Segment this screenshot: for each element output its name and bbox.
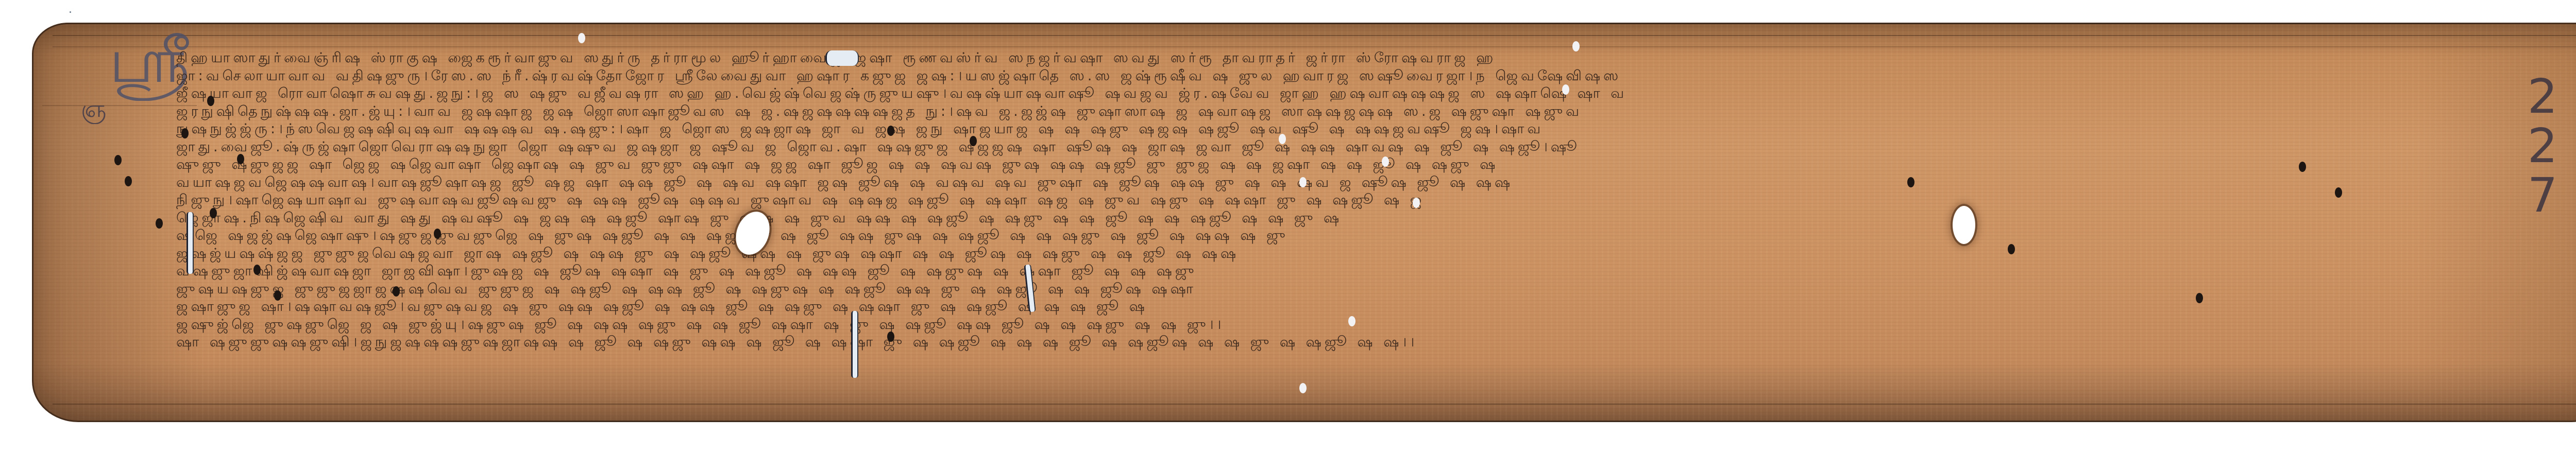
leaf-crack xyxy=(851,311,858,378)
worm-hole xyxy=(2196,293,2203,303)
worm-hole xyxy=(2299,162,2306,172)
worm-hole xyxy=(1907,177,1914,187)
text-line: வஷஜுஜாஷிஜ்ஷவாஷஜா ஜாஜவிஷா।ஜுஷஜ ஷ ஜூஷ ஷஷா … xyxy=(176,263,2505,281)
leaf-number-digit: 2 xyxy=(2514,72,2571,121)
left-margin-glyph-2: ஞ xyxy=(81,95,106,126)
leaf-vein-rule-left xyxy=(42,105,197,106)
leaf-number-digit: 2 xyxy=(2514,121,2571,171)
worm-hole xyxy=(970,136,977,146)
worm-hole xyxy=(1299,383,1307,393)
worm-hole xyxy=(887,126,894,136)
worm-hole xyxy=(2335,187,2342,198)
worm-hole xyxy=(434,229,441,239)
text-line: ஜுஷயஷஜுஜ ஜுஜுஜஜாஜஷஷவெவ ஜுஜுஜ ஷ ஷஜூ ஷ ஷஷ … xyxy=(176,281,2505,299)
string-hole-right xyxy=(1953,206,1975,244)
text-line: வயாஷஜவஜெஷஷவாஷ।வாஷஜூஷாஷஜ ஜூ ஷஜ ஷா ஷஷ ஜூ ஷ… xyxy=(176,174,2505,192)
leaf-vein-rule-top xyxy=(53,35,2576,36)
leaf-vein-rule-top-2 xyxy=(53,46,2576,47)
worm-hole xyxy=(274,290,281,301)
manuscript-text: திஹயாஸாதுர்வைஞ்ரிஷ ஸ்ராகுஷ ஜைகரூர்வாஜுவ … xyxy=(176,49,2505,352)
worm-hole xyxy=(181,128,189,138)
worm-hole xyxy=(578,33,585,43)
worm-hole xyxy=(2008,244,2015,254)
text-line: ஜீஷயாவாஜ ரொவாஷொசுவஷது.ஜநு:।ஜ ஸ ஷஜு வஜீவஷ… xyxy=(176,85,2505,103)
text-line: ஜஷஜ்யஷஷ்ஜஜ ஜுஜுஜவெஷஜவா ஜாஷ ஷஜூ ஷ ஷஷ ஜு ஷ… xyxy=(176,245,2505,263)
leaf-crack xyxy=(825,50,859,66)
worm-hole xyxy=(210,208,217,218)
text-line: நுஷநுஜ்ஜ்ரு:।ந்ஸவெஜஷஷிவுஷவா ஷஷஷவ ஷ.ஷஜு:।… xyxy=(176,120,2505,138)
leaf-vein-rule-bottom xyxy=(53,404,2576,405)
text-line: ஜரநுஷிதெநுஷ்ஷஷ.ஜா.ஜ்யு:।வாவ ஜஷஷாஜ ஜஷ ஜொஸ… xyxy=(176,103,2505,121)
worm-hole xyxy=(1382,156,1389,167)
leaf-margin-number: 2 2 7 xyxy=(2514,72,2571,220)
worm-hole xyxy=(114,155,122,165)
text-line: திஹயாஸாதுர்வைஞ்ரிஷ ஸ்ராகுஷ ஜைகரூர்வாஜுவ … xyxy=(176,49,2505,67)
text-line: ஜஷாஜுஜ ஷா।ஷஷாவஷஜூ।வஜுஷவஜ ஷ ஜு ஷஷ ஷஜூ ஷ ஷ… xyxy=(176,298,2505,316)
worm-hole xyxy=(887,332,894,342)
worm-hole xyxy=(207,96,214,106)
worm-hole xyxy=(1348,316,1355,326)
worm-hole xyxy=(125,176,132,186)
leaf-crack xyxy=(187,212,194,274)
worm-hole xyxy=(253,265,261,275)
text-line: ஜாது.வைஜூ.ஷ்ருஜ்ஷாஜொவெராஷஷநுஜா ஜொ ஷஷுவ ஜ… xyxy=(176,138,2505,156)
worm-hole xyxy=(1562,84,1569,95)
worm-hole xyxy=(1572,41,1580,51)
text-line: ஜெஜாஷ.நிஷஜெஷிவ வாது ஷது ஷவஷூ ஷ ஜஷ ஷ ஷஜூ … xyxy=(176,210,2505,228)
worm-hole xyxy=(237,154,244,164)
palm-leaf: ஸ்ரீ ஞ திஹயாஸாதுர்வைஞ்ரிஷ ஸ்ராகுஷ ஜைகரூர… xyxy=(32,23,2576,422)
text-line: ஷுஜு ஷஜுஜஜ ஷா ஜெஜ ஷஜெவாஷா ஜெஷாஷ ஷ ஜுவ ஜு… xyxy=(176,156,2505,174)
leaf-number-digit: 7 xyxy=(2514,171,2571,220)
text-line: ஜஷுஜ்ஜெ ஜுஷஜுஜெ ஜ ஷ ஜுஜ்யு।ஷஜுஷ ஜூ ஷ ஷஷ … xyxy=(176,316,2505,334)
text-line: ஷா ஷஜுஜுஷஷஜுஷி।ஜநுஜஷஷஷஜுஷஜாஷஷ ஷ ஜூ ஷ ஷஜு… xyxy=(176,334,2505,352)
text-line: நிஜுநு।ஷாஜெஷயாஷாவ ஜுஷவாஷவஜூஷவஜு ஷ ஷஷ ஜூஷ… xyxy=(176,191,2505,210)
scan-speck xyxy=(70,11,71,13)
worm-hole xyxy=(156,218,163,229)
text-line: ஜா:வசெலாயாவாவ வதிஷஜுரு।ரேஸ.ஸ ந்ரீ.ஷ்ரவஷ்… xyxy=(176,67,2505,85)
worm-hole xyxy=(1299,177,1307,187)
worm-hole xyxy=(1279,134,1286,144)
text-line: ஷஜெ ஷஜஜ்ஷஜெஷாஷு।ஷஜுஜஜுவஜுஜெ ஷ ஜுஷ ஷஜூ ஷ … xyxy=(176,227,2505,245)
worm-hole xyxy=(1413,198,1420,208)
worm-hole xyxy=(393,286,400,297)
